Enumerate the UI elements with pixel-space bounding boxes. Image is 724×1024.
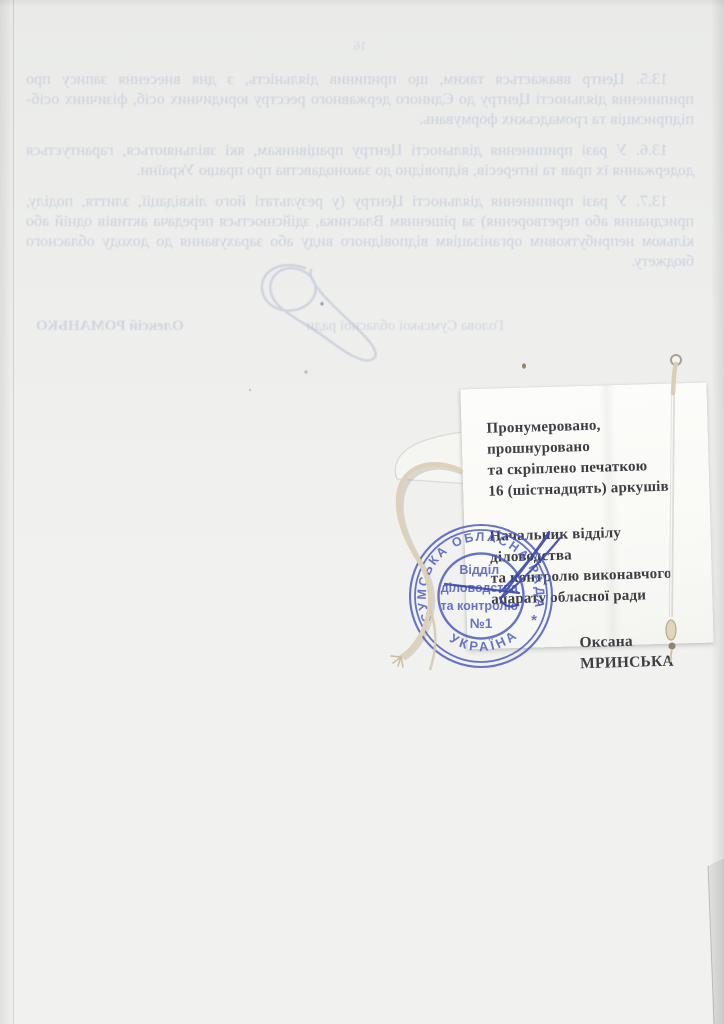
stamp-star-right: *: [531, 612, 537, 629]
thread-hole-top: [671, 355, 681, 365]
bleed-paragraph: 13.5. Центр вважається таким, що припини…: [26, 70, 694, 130]
stamp-center-line: №1: [470, 616, 493, 631]
label-line: 16 (шістнадцять) аркушів: [488, 476, 702, 503]
label-line: Пронумеровано, прошнуровано: [486, 413, 700, 461]
page-corner-wedge: [708, 858, 724, 1024]
stamp-star-left: *: [425, 612, 431, 629]
ink-speck: [321, 302, 324, 305]
stamp-center-line: Відділ: [459, 563, 499, 577]
page-number: 16: [26, 36, 694, 56]
bleedthrough-text-block: 16 13.5. Центр вважається таким, що прип…: [26, 36, 694, 283]
stamp-center-text: Відділ діловодства та контролю №1: [440, 563, 521, 631]
scan-edge-top: [0, 0, 724, 7]
page-edge-line: [708, 866, 714, 1024]
official-seal-stamp: СУМСЬКА ОБЛАСНА РАДА УКРАЇНА * * Відділ …: [397, 512, 565, 680]
ink-speck: [305, 371, 308, 374]
scan-edge-right: [711, 0, 724, 1024]
scan-edge-left: [0, 0, 14, 1024]
bleed-paragraph: 13.6. У разі припинення діяльності Центр…: [26, 141, 694, 181]
dust-speck: [522, 363, 526, 368]
bleed-signature: [245, 250, 455, 415]
scanned-page: 16 13.5. Центр вважається таким, що прип…: [0, 0, 724, 1024]
certification-text: Пронумеровано, прошнуровано та скріплено…: [486, 413, 701, 503]
signatory-name: Олексій РОМАНЬКО: [36, 318, 184, 335]
